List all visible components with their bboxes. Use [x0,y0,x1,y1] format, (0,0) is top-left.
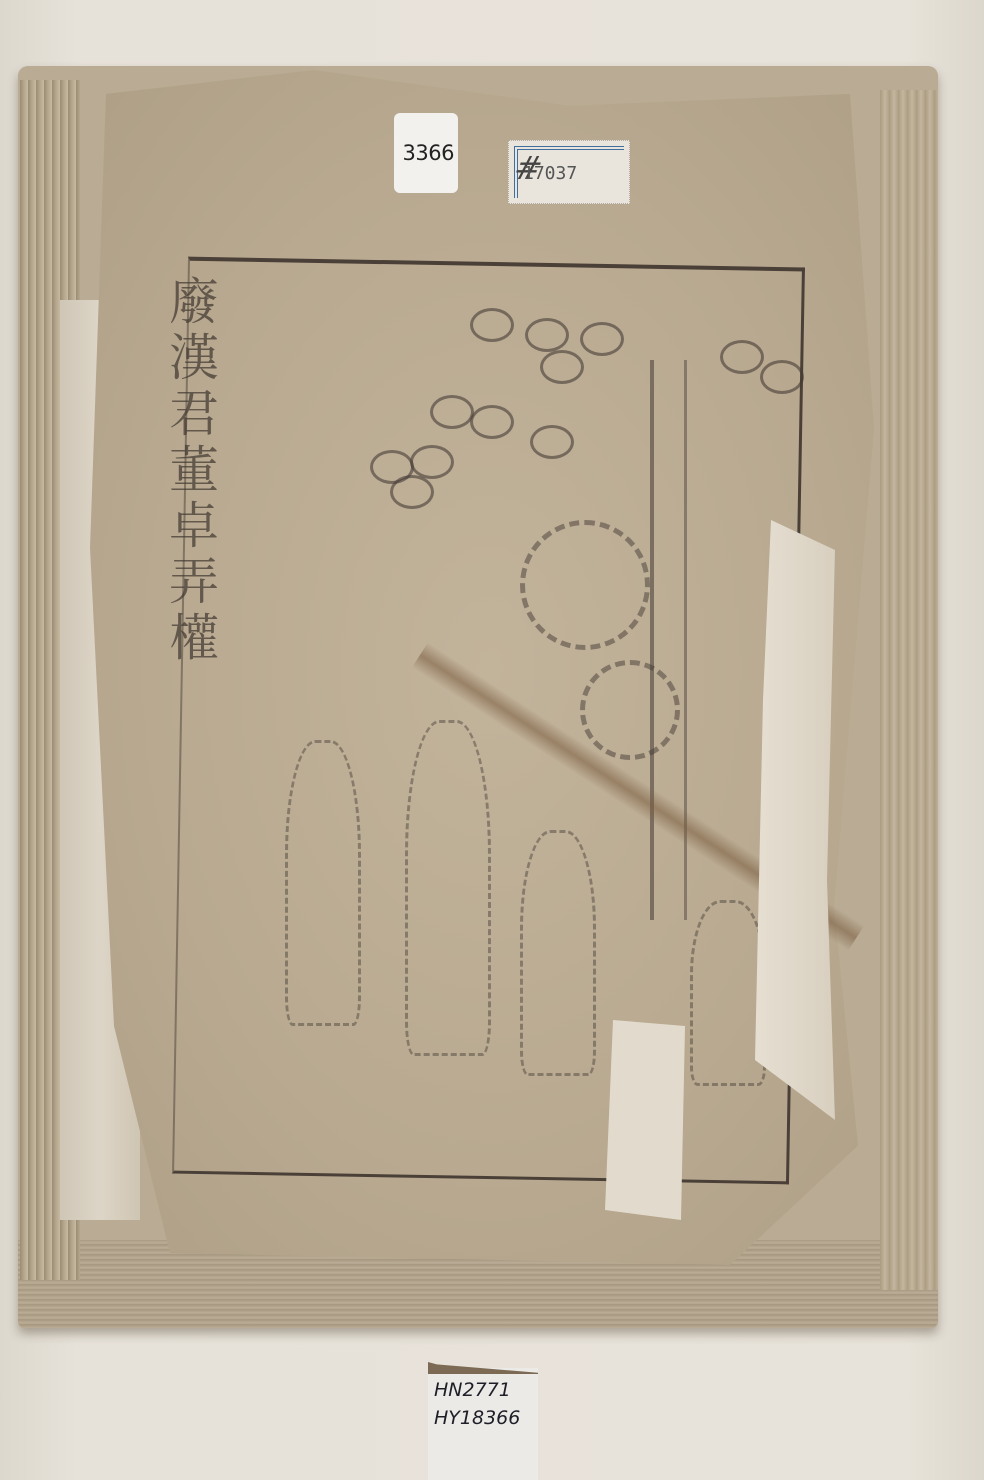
cover-title: 廢漢君董卓弄權 [150,275,220,667]
catalog-card-top: 3366 [394,113,458,193]
card-line-2: HY18366 [434,1404,538,1432]
card-line-1: HN2771 [434,1376,538,1404]
catalog-card-bottom: HN2771 HY18366 [428,1368,538,1480]
rock-icon [520,520,650,650]
torn-patch-bottom [605,1020,685,1220]
cloud-icon [390,475,434,509]
figure-left [285,740,361,1026]
cloud-icon [760,360,804,394]
cloud-icon [530,425,574,459]
cloud-icon [410,445,454,479]
figure-right [690,900,766,1086]
cloud-icon [470,405,514,439]
inventory-stamp: # 17037 [508,140,630,204]
cloud-icon [525,318,569,352]
figure-kneeling [520,830,596,1076]
torn-patch-right [755,520,835,1120]
cloud-icon [540,350,584,384]
cloud-icon [430,395,474,429]
cloud-icon [720,340,764,374]
book-right-edge [880,90,938,1290]
stamp-number: 17037 [523,163,577,184]
rock-icon [580,660,680,760]
cloud-icon [580,322,624,356]
cloud-motifs [340,300,820,520]
figure-center [405,720,491,1056]
cloud-icon [470,308,514,342]
